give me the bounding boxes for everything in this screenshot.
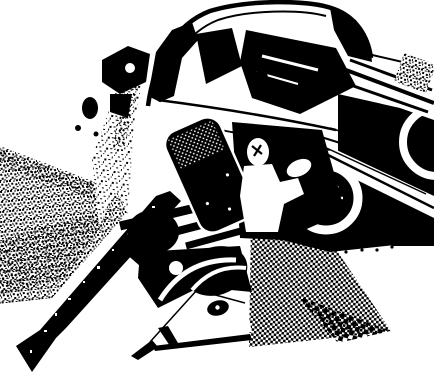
dithered-car-photo: 1-bit black-and-white dithered print <box>0 0 434 373</box>
debris-speck <box>94 132 99 137</box>
oval-marker-hole <box>215 305 219 309</box>
cowl-blob <box>82 97 98 119</box>
debris-speck <box>75 125 81 131</box>
headlight <box>125 63 135 73</box>
dithered-car-illustration: 1-bit black-and-white dithered print <box>0 0 434 373</box>
headlight <box>169 261 183 275</box>
